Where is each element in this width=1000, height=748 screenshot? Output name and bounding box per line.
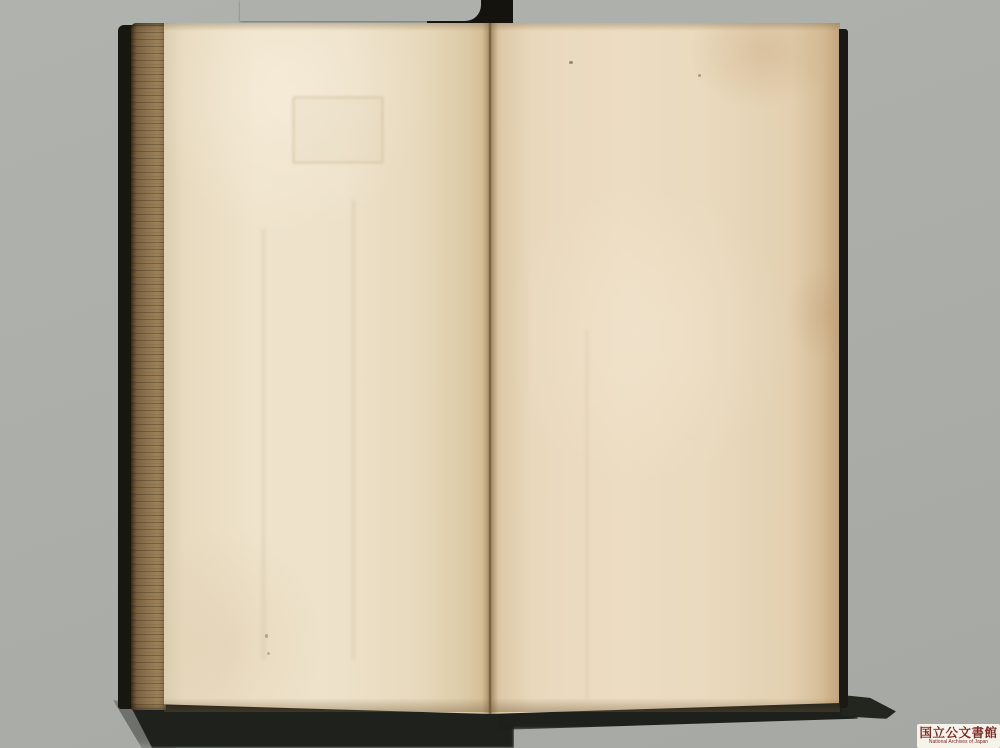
watermark-subtitle: National Archives of Japan bbox=[929, 740, 988, 745]
book-cover-corner bbox=[842, 695, 896, 719]
book-gutter bbox=[482, 23, 498, 714]
paper-speck bbox=[569, 61, 573, 64]
paper-speck bbox=[265, 634, 268, 638]
paper-speck bbox=[267, 652, 270, 655]
page-edge-stack bbox=[131, 23, 166, 710]
paper-speck bbox=[698, 74, 701, 77]
paper-crease bbox=[586, 330, 588, 700]
paper-crease bbox=[352, 200, 355, 660]
archive-photo: 国立公文書館 National Archives of Japan bbox=[0, 0, 1000, 748]
right-page bbox=[490, 23, 840, 714]
stamp-bleedthrough bbox=[292, 96, 384, 164]
page-bottom-shading bbox=[164, 698, 840, 712]
book-cover-edge-right bbox=[839, 29, 848, 708]
archive-watermark: 国立公文書館 National Archives of Japan bbox=[917, 724, 1000, 748]
copy-stand-plate bbox=[240, 0, 481, 21]
page-top-shading bbox=[164, 23, 840, 31]
watermark-title: 国立公文書館 bbox=[919, 727, 997, 740]
paper-crease bbox=[262, 230, 265, 660]
